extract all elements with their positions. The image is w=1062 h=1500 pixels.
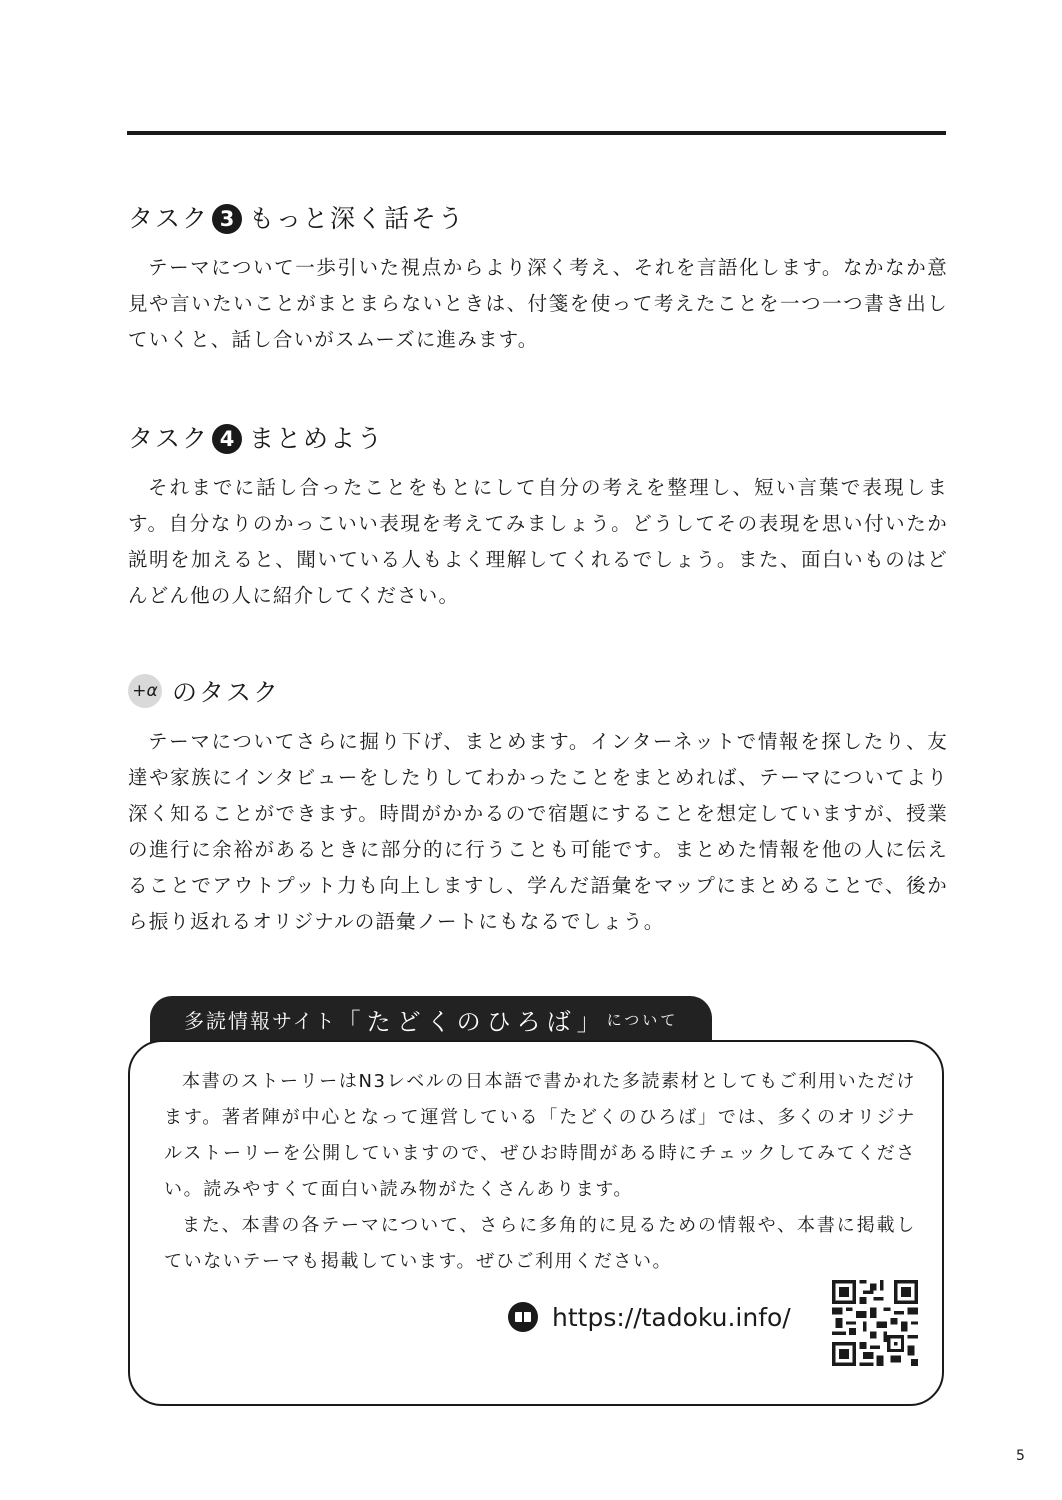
qr-code-icon[interactable]	[832, 1280, 918, 1366]
task4-section: タスク 4 まとめよう それまでに話し合ったことをもとにして自分の考えを整理し、…	[128, 410, 948, 614]
alpha-task-section: +α のタスク テーマについてさらに掘り下げ、まとめます。インターネットで情報を…	[128, 664, 948, 940]
book-icon	[508, 1302, 538, 1332]
info-tab-title-part1: 多読情報サイト	[184, 1005, 337, 1034]
task4-number-badge: 4	[212, 424, 242, 454]
alpha-task-body: テーマについてさらに掘り下げ、まとめます。インターネットで情報を探したり、友達や…	[128, 718, 948, 940]
task3-heading: タスク 3 もっと深く話そう	[128, 190, 948, 234]
info-box-tab: 多読情報サイト 「たどくのひろば」 について	[150, 996, 712, 1042]
info-tab-title-part3: について	[607, 1009, 679, 1030]
info-box: 本書のストーリーはN3レベルの日本語で書かれた多読素材としてもご利用いただけます…	[128, 1040, 944, 1406]
alpha-task-title: のタスク	[172, 678, 280, 708]
alpha-task-heading: +α のタスク	[128, 664, 948, 708]
site-url-link[interactable]: https://tadoku.info/	[552, 1303, 791, 1332]
top-rule	[127, 131, 946, 135]
task4-heading: タスク 4 まとめよう	[128, 410, 948, 454]
page-number: 5	[1016, 1448, 1025, 1464]
task4-prefix: タスク	[128, 424, 209, 454]
info-box-text: 本書のストーリーはN3レベルの日本語で書かれた多読素材としてもご利用いただけます…	[164, 1064, 916, 1280]
task3-title: もっと深く話そう	[249, 204, 465, 234]
info-tab-title-part2: 「たどくのひろば」	[337, 1002, 607, 1037]
info-paragraph-1: 本書のストーリーはN3レベルの日本語で書かれた多読素材としてもご利用いただけます…	[164, 1064, 916, 1208]
task3-number-badge: 3	[212, 204, 242, 234]
task3-section: タスク 3 もっと深く話そう テーマについて一歩引いた視点からより深く考え、それ…	[128, 190, 948, 358]
task4-body: それまでに話し合ったことをもとにして自分の考えを整理し、短い言葉で表現します。自…	[128, 464, 948, 614]
url-row[interactable]: https://tadoku.info/	[508, 1302, 791, 1332]
task3-prefix: タスク	[128, 204, 209, 234]
task4-title: まとめよう	[249, 424, 384, 454]
task3-body: テーマについて一歩引いた視点からより深く考え、それを言語化します。なかなか意見や…	[128, 244, 948, 358]
alpha-badge: +α	[128, 674, 162, 708]
info-paragraph-2: また、本書の各テーマについて、さらに多角的に見るための情報や、本書に掲載していな…	[164, 1208, 916, 1280]
